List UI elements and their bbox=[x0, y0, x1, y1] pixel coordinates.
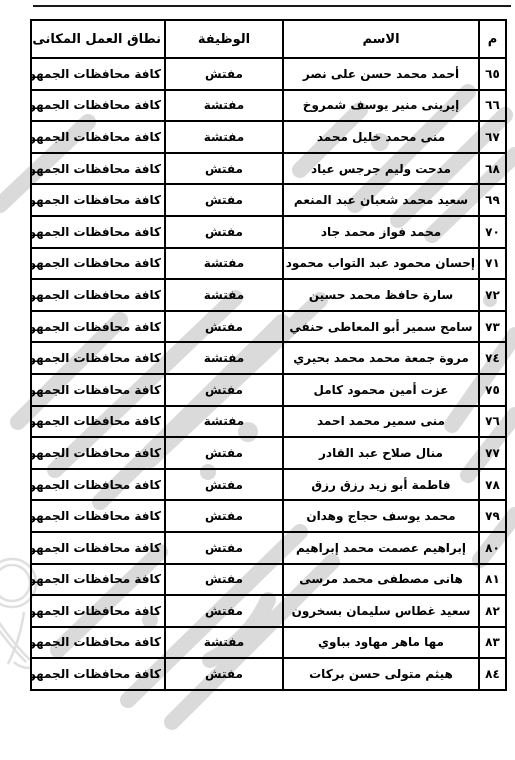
table-row: ٧٤مروة جمعة محمد محمد بحيريمفتشةكافة محا… bbox=[31, 342, 506, 374]
table-row: ٦٧منى محمد خليل محمدمفتشةكافة محافظات ال… bbox=[31, 121, 506, 153]
job-cell: مفتشة bbox=[165, 406, 283, 438]
job-cell: مفتشة bbox=[165, 121, 283, 153]
name-cell: مها ماهر مهاود بباوي bbox=[283, 627, 479, 659]
name-cell: محمد فواز محمد جاد bbox=[283, 216, 479, 248]
table-row: ٨٤هيثم متولى حسن بركاتمفتشكافة محافظات ا… bbox=[31, 658, 506, 690]
scope-cell: كافة محافظات الجمهورية bbox=[31, 153, 165, 185]
col-header-job: الوظيفة bbox=[165, 20, 283, 58]
scope-cell: كافة محافظات الجمهورية bbox=[31, 437, 165, 469]
name-cell: إيرينى منير يوسف شمروخ bbox=[283, 90, 479, 122]
table-row: ٧٥عزت أمين محمود كاملمفتشكافة محافظات ال… bbox=[31, 374, 506, 406]
name-cell: إحسان محمود عبد التواب محمود bbox=[283, 248, 479, 280]
job-cell: مفتش bbox=[165, 153, 283, 185]
serial-cell: ٧٩ bbox=[479, 500, 506, 532]
col-header-serial: م bbox=[479, 20, 506, 58]
job-cell: مفتشة bbox=[165, 279, 283, 311]
job-cell: مفتشة bbox=[165, 627, 283, 659]
job-cell: مفتشة bbox=[165, 342, 283, 374]
name-cell: منال صلاح عبد القادر bbox=[283, 437, 479, 469]
serial-cell: ٦٦ bbox=[479, 90, 506, 122]
table-row: ٧٨فاطمة أبو زيد رزق رزقمفتشكافة محافظات … bbox=[31, 469, 506, 501]
scope-cell: كافة محافظات الجمهورية bbox=[31, 627, 165, 659]
table-row: ٨٠إبراهيم عصمت محمد إبراهيممفتشكافة محاف… bbox=[31, 532, 506, 564]
scope-cell: كافة محافظات الجمهورية bbox=[31, 595, 165, 627]
name-cell: محمد يوسف حجاج وهدان bbox=[283, 500, 479, 532]
job-cell: مفتش bbox=[165, 469, 283, 501]
col-header-name: الاسم bbox=[283, 20, 479, 58]
serial-cell: ٧٤ bbox=[479, 342, 506, 374]
table-row: ٨١هانى مصطفى محمد مرسىمفتشكافة محافظات ا… bbox=[31, 564, 506, 596]
serial-cell: ٧٢ bbox=[479, 279, 506, 311]
name-cell: مروة جمعة محمد محمد بحيري bbox=[283, 342, 479, 374]
scope-cell: كافة محافظات الجمهورية bbox=[31, 121, 165, 153]
table-row: ٨٢سعيد غطاس سليمان بسخرونمفتشكافة محافظا… bbox=[31, 595, 506, 627]
name-cell: منى سمير محمد احمد bbox=[283, 406, 479, 438]
job-cell: مفتش bbox=[165, 437, 283, 469]
serial-cell: ٧٣ bbox=[479, 311, 506, 343]
job-cell: مفتش bbox=[165, 374, 283, 406]
job-cell: مفتش bbox=[165, 184, 283, 216]
table-row: ٧٧منال صلاح عبد القادرمفتشكافة محافظات ا… bbox=[31, 437, 506, 469]
scope-cell: كافة محافظات الجمهورية bbox=[31, 469, 165, 501]
job-cell: مفتش bbox=[165, 500, 283, 532]
name-cell: هيثم متولى حسن بركات bbox=[283, 658, 479, 690]
job-cell: مفتشة bbox=[165, 248, 283, 280]
serial-cell: ٦٧ bbox=[479, 121, 506, 153]
job-cell: مفتش bbox=[165, 532, 283, 564]
table-row: ٦٦إيرينى منير يوسف شمروخمفتشةكافة محافظا… bbox=[31, 90, 506, 122]
scope-cell: كافة محافظات الجمهورية bbox=[31, 658, 165, 690]
job-cell: مفتش bbox=[165, 658, 283, 690]
table-row: ٧٩محمد يوسف حجاج وهدانمفتشكافة محافظات ا… bbox=[31, 500, 506, 532]
scope-cell: كافة محافظات الجمهورية bbox=[31, 58, 165, 90]
table-row: ٦٨مدحت وليم جرجس عيادمفتشكافة محافظات ال… bbox=[31, 153, 506, 185]
name-cell: سارة حافظ محمد حسين bbox=[283, 279, 479, 311]
header-row: م الاسم الوظيفة نطاق العمل المكانى bbox=[31, 20, 506, 58]
name-cell: هانى مصطفى محمد مرسى bbox=[283, 564, 479, 596]
col-header-scope: نطاق العمل المكانى bbox=[31, 20, 165, 58]
table-row: ٨٣مها ماهر مهاود بباويمفتشةكافة محافظات … bbox=[31, 627, 506, 659]
name-cell: مدحت وليم جرجس عياد bbox=[283, 153, 479, 185]
table-row: ٧١إحسان محمود عبد التواب محمودمفتشةكافة … bbox=[31, 248, 506, 280]
scope-cell: كافة محافظات الجمهورية bbox=[31, 248, 165, 280]
job-cell: مفتش bbox=[165, 216, 283, 248]
scope-cell: كافة محافظات الجمهورية bbox=[31, 184, 165, 216]
serial-cell: ٨٤ bbox=[479, 658, 506, 690]
scope-cell: كافة محافظات الجمهورية bbox=[31, 564, 165, 596]
job-cell: مفتش bbox=[165, 311, 283, 343]
serial-cell: ٦٨ bbox=[479, 153, 506, 185]
scope-cell: كافة محافظات الجمهورية bbox=[31, 500, 165, 532]
name-cell: فاطمة أبو زيد رزق رزق bbox=[283, 469, 479, 501]
table-row: ٦٥أحمد محمد حسن على نصرمفتشكافة محافظات … bbox=[31, 58, 506, 90]
job-cell: مفتشة bbox=[165, 90, 283, 122]
name-cell: سعيد غطاس سليمان بسخرون bbox=[283, 595, 479, 627]
serial-cell: ٨١ bbox=[479, 564, 506, 596]
scope-cell: كافة محافظات الجمهورية bbox=[31, 90, 165, 122]
serial-cell: ٧٦ bbox=[479, 406, 506, 438]
scope-cell: كافة محافظات الجمهورية bbox=[31, 279, 165, 311]
serial-cell: ٧٥ bbox=[479, 374, 506, 406]
table-row: ٦٩سعيد محمد شعبان عبد المنعممفتشكافة محا… bbox=[31, 184, 506, 216]
serial-cell: ٦٩ bbox=[479, 184, 506, 216]
top-rule bbox=[33, 5, 511, 7]
name-cell: عزت أمين محمود كامل bbox=[283, 374, 479, 406]
scope-cell: كافة محافظات الجمهورية bbox=[31, 406, 165, 438]
scope-cell: كافة محافظات الجمهورية bbox=[31, 311, 165, 343]
table-row: ٧٠محمد فواز محمد جادمفتشكافة محافظات الج… bbox=[31, 216, 506, 248]
name-cell: سامح سمير أبو المعاطى حنفي bbox=[283, 311, 479, 343]
table-row: ٧٦منى سمير محمد احمدمفتشةكافة محافظات ال… bbox=[31, 406, 506, 438]
name-cell: أحمد محمد حسن على نصر bbox=[283, 58, 479, 90]
serial-cell: ٧٠ bbox=[479, 216, 506, 248]
scope-cell: كافة محافظات الجمهورية bbox=[31, 342, 165, 374]
serial-cell: ٨٠ bbox=[479, 532, 506, 564]
serial-cell: ٧١ bbox=[479, 248, 506, 280]
serial-cell: ٨٢ bbox=[479, 595, 506, 627]
name-cell: منى محمد خليل محمد bbox=[283, 121, 479, 153]
serial-cell: ٨٣ bbox=[479, 627, 506, 659]
inspectors-roster-table: م الاسم الوظيفة نطاق العمل المكانى ٦٥أحم… bbox=[30, 19, 507, 691]
serial-cell: ٧٧ bbox=[479, 437, 506, 469]
table-row: ٧٣سامح سمير أبو المعاطى حنفيمفتشكافة محا… bbox=[31, 311, 506, 343]
serial-cell: ٧٨ bbox=[479, 469, 506, 501]
scope-cell: كافة محافظات الجمهورية bbox=[31, 532, 165, 564]
job-cell: مفتش bbox=[165, 595, 283, 627]
job-cell: مفتش bbox=[165, 564, 283, 596]
document-page: م الاسم الوظيفة نطاق العمل المكانى ٦٥أحم… bbox=[0, 0, 515, 760]
name-cell: سعيد محمد شعبان عبد المنعم bbox=[283, 184, 479, 216]
scope-cell: كافة محافظات الجمهورية bbox=[31, 374, 165, 406]
job-cell: مفتش bbox=[165, 58, 283, 90]
name-cell: إبراهيم عصمت محمد إبراهيم bbox=[283, 532, 479, 564]
scope-cell: كافة محافظات الجمهورية bbox=[31, 216, 165, 248]
table-row: ٧٢سارة حافظ محمد حسينمفتشةكافة محافظات ا… bbox=[31, 279, 506, 311]
serial-cell: ٦٥ bbox=[479, 58, 506, 90]
